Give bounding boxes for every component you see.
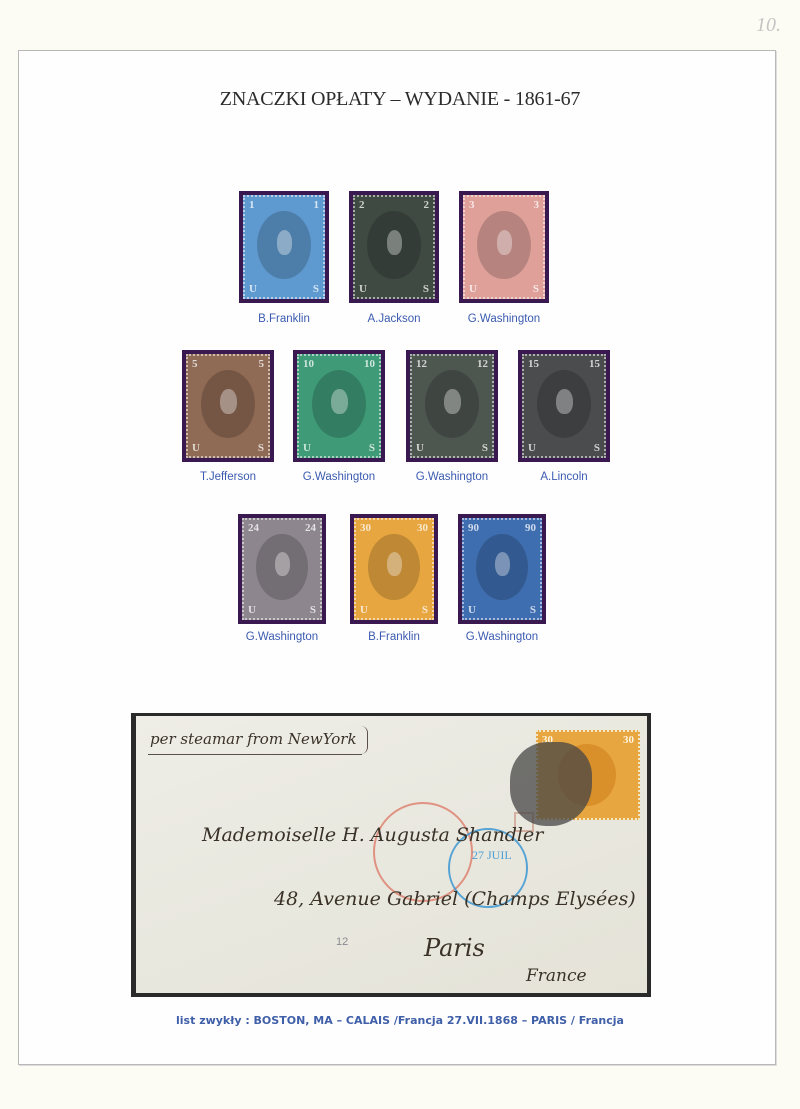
stamp-corner-letter: U [469,283,477,295]
stamp-corner-letter: U [192,442,200,454]
stamp-portrait [331,389,347,413]
stamp-corner-letter: S [594,442,600,454]
stamp-portrait [387,230,403,254]
stamp-denomination: 5 [259,358,265,370]
stamp-denomination: 2 [424,199,430,211]
stamp-denomination: 3 [469,199,475,211]
stamp-denomination: 2 [359,199,365,211]
stamp-design: 1515US [522,354,606,458]
stamp-corner-letter: U [416,442,424,454]
route-note: per steamar from NewYork [150,730,357,748]
cover-caption: list zwykły : BOSTON, MA – CALAIS /Franc… [0,1014,800,1027]
stamp-caption: G.Washington [432,631,572,643]
stamp-corner-letter: U [468,604,476,616]
stamp-portrait [495,552,511,576]
stamp-portrait [275,552,291,576]
stamp-corner-letter: S [422,604,428,616]
stamp: 2424US [238,514,326,624]
stamp-design: 55US [186,354,270,458]
stamp: 1515US [518,350,610,462]
stamp-denomination: 90 [468,522,479,534]
stamp-portrait-oval [476,534,528,601]
stamp-portrait-oval [367,211,420,279]
stamp-denomination: 15 [528,358,539,370]
stamp-portrait [497,230,513,254]
stamp: 22US [349,191,439,303]
stamp-portrait-oval [312,370,366,438]
stamp-portrait [220,389,236,413]
stamp-corner-letter: U [360,604,368,616]
stamp-denomination: 12 [477,358,488,370]
stamp-corner-letter: S [310,604,316,616]
pencil-note: 12 [336,936,348,948]
stamp-denomination: 30 [417,522,428,534]
stamp-corner-letter: U [248,604,256,616]
stamp-design: 33US [463,195,545,299]
stamp-portrait [387,552,403,576]
stamp-caption: G.Washington [434,313,574,325]
page-number: 10. [756,14,781,37]
stamp: 1010US [293,350,385,462]
stamp-design: 3030US [354,518,434,620]
stamp-denomination: 12 [416,358,427,370]
stamp-denomination: 24 [248,522,259,534]
route-note-brace [361,726,368,754]
stamp-corner-letter: U [249,283,257,295]
postal-cover: per steamar from NewYork 27 JUIL 30 30 M… [131,713,651,997]
stamp-corner-letter: S [482,442,488,454]
stamp-denomination: 30 [360,522,371,534]
stamp: 3030US [350,514,438,624]
route-note-underline [148,754,362,755]
stamp-denomination: 1 [249,199,255,211]
cork-cancel [510,742,592,826]
stamp-portrait-oval [368,534,420,601]
stamp-corner-letter: U [303,442,311,454]
stamp-portrait [444,389,460,413]
address-line-4: France [526,966,587,986]
address-line-2: 48, Avenue Gabriel (Champs Elysées) [274,888,636,910]
stamp-corner-letter: U [359,283,367,295]
page-title: ZNACZKI OPŁATY – WYDANIE - 1861-67 [0,88,800,111]
stamp-design: 22US [353,195,435,299]
stamp-design: 9090US [462,518,542,620]
stamp-design: 11US [243,195,325,299]
envelope: per steamar from NewYork 27 JUIL 30 30 M… [136,716,647,993]
stamp-corner-letter: S [313,283,319,295]
stamp-denomination: 1 [314,199,320,211]
address-line-1: Mademoiselle H. Augusta Shandler [202,824,543,846]
stamp-design: 1212US [410,354,494,458]
stamp-denomination: 5 [192,358,198,370]
stamp-denomination: 3 [534,199,540,211]
stamp-denomination: 24 [305,522,316,534]
stamp-portrait-oval [201,370,255,438]
stamp-corner-letter: S [533,283,539,295]
stamp-corner-letter: S [258,442,264,454]
stamp-corner-letter: U [528,442,536,454]
stamp-corner-letter: S [369,442,375,454]
stamp: 55US [182,350,274,462]
stamp: 9090US [458,514,546,624]
stamp-design: 2424US [242,518,322,620]
stamp-denomination: 10 [364,358,375,370]
stamp-denomination: 10 [303,358,314,370]
stamp-portrait-oval [256,534,308,601]
address-line-3: Paris [424,934,485,962]
stamp: 11US [239,191,329,303]
stamp-corner-letter: S [530,604,536,616]
stamp-portrait [277,230,293,254]
stamp-denomination: 15 [589,358,600,370]
stamp: 1212US [406,350,498,462]
stamp-portrait-oval [537,370,591,438]
stamp-denomination: 90 [525,522,536,534]
stamp-corner-letter: S [423,283,429,295]
stamp-portrait-oval [477,211,530,279]
blue-postmark-date: 27 JUIL [472,848,512,863]
stamp-portrait [556,389,572,413]
stamp-portrait-oval [257,211,310,279]
stamp-portrait-oval [425,370,479,438]
stamp-caption: A.Lincoln [494,471,634,483]
stamp-design: 1010US [297,354,381,458]
stamp: 33US [459,191,549,303]
